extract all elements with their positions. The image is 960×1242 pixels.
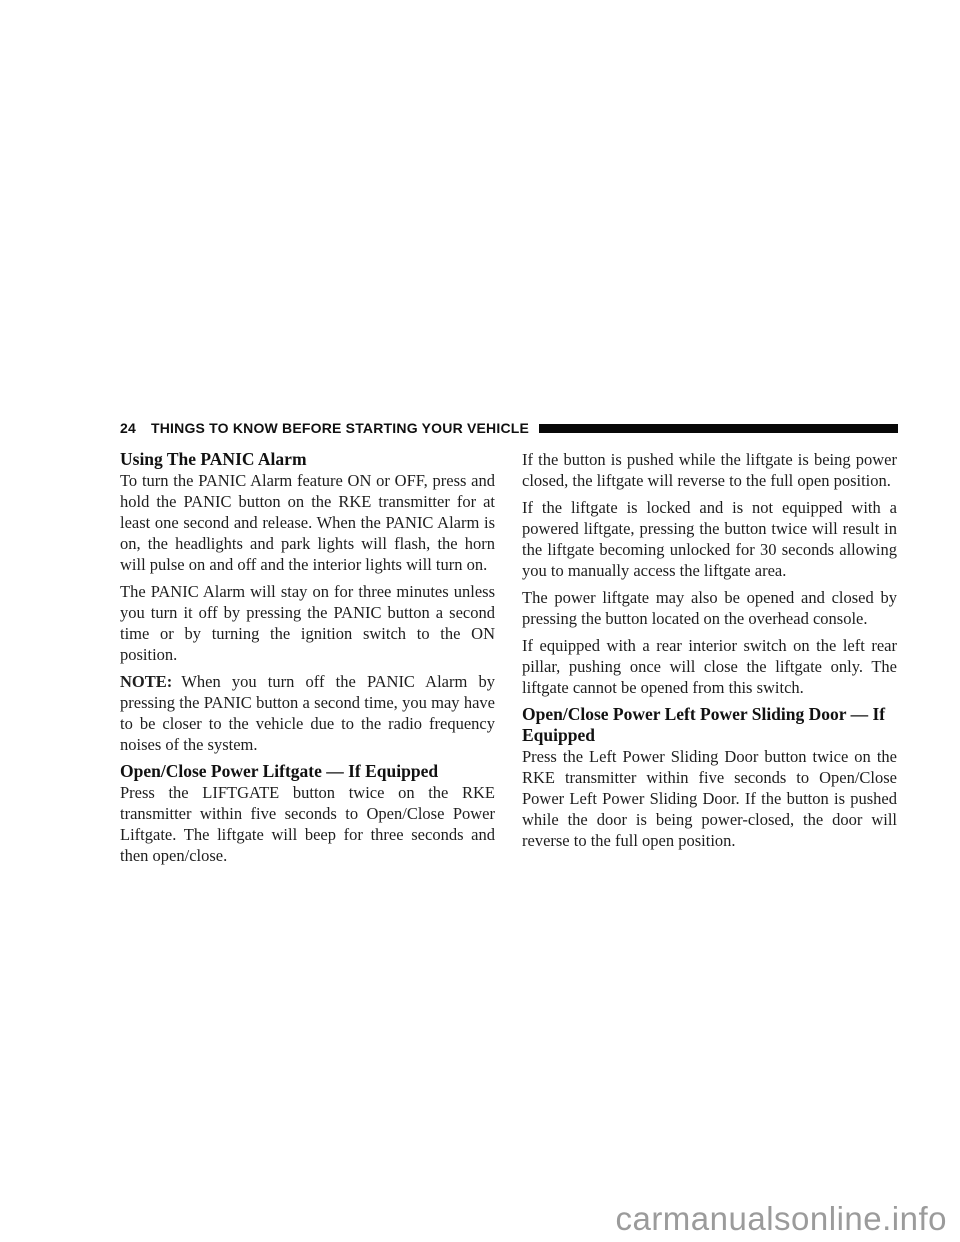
header-rule-bar [539, 424, 898, 433]
page-body: Using The PANIC Alarm To turn the PANIC … [120, 449, 898, 866]
paragraph: The power liftgate may also be opened an… [522, 587, 897, 629]
paragraph: If the button is pushed while the liftga… [522, 449, 897, 491]
left-column: Using The PANIC Alarm To turn the PANIC … [120, 449, 495, 866]
paragraph: If equipped with a rear interior switch … [522, 635, 897, 698]
section-heading-power-sliding-door: Open/Close Power Left Power Sliding Door… [522, 704, 897, 746]
paragraph: To turn the PANIC Alarm feature ON or OF… [120, 470, 495, 575]
paragraph: Press the LIFTGATE button twice on the R… [120, 782, 495, 866]
section-heading-power-liftgate: Open/Close Power Liftgate — If Equipped [120, 761, 495, 782]
paragraph: Press the Left Power Sliding Door button… [522, 746, 897, 851]
paragraph: If the liftgate is locked and is not equ… [522, 497, 897, 581]
note-text: When you turn off the PANIC Alarm by pre… [120, 672, 495, 754]
header-title: THINGS TO KNOW BEFORE STARTING YOUR VEHI… [151, 420, 529, 436]
paragraph: The PANIC Alarm will stay on for three m… [120, 581, 495, 665]
note-label: NOTE: [120, 672, 172, 691]
page-header: 24 THINGS TO KNOW BEFORE STARTING YOUR V… [120, 420, 898, 436]
page-number: 24 [120, 420, 136, 436]
right-column: If the button is pushed while the liftga… [522, 449, 897, 866]
watermark: carmanualsonline.info [615, 1200, 947, 1238]
note-paragraph: NOTE:When you turn off the PANIC Alarm b… [120, 671, 495, 755]
section-heading-panic-alarm: Using The PANIC Alarm [120, 449, 495, 470]
